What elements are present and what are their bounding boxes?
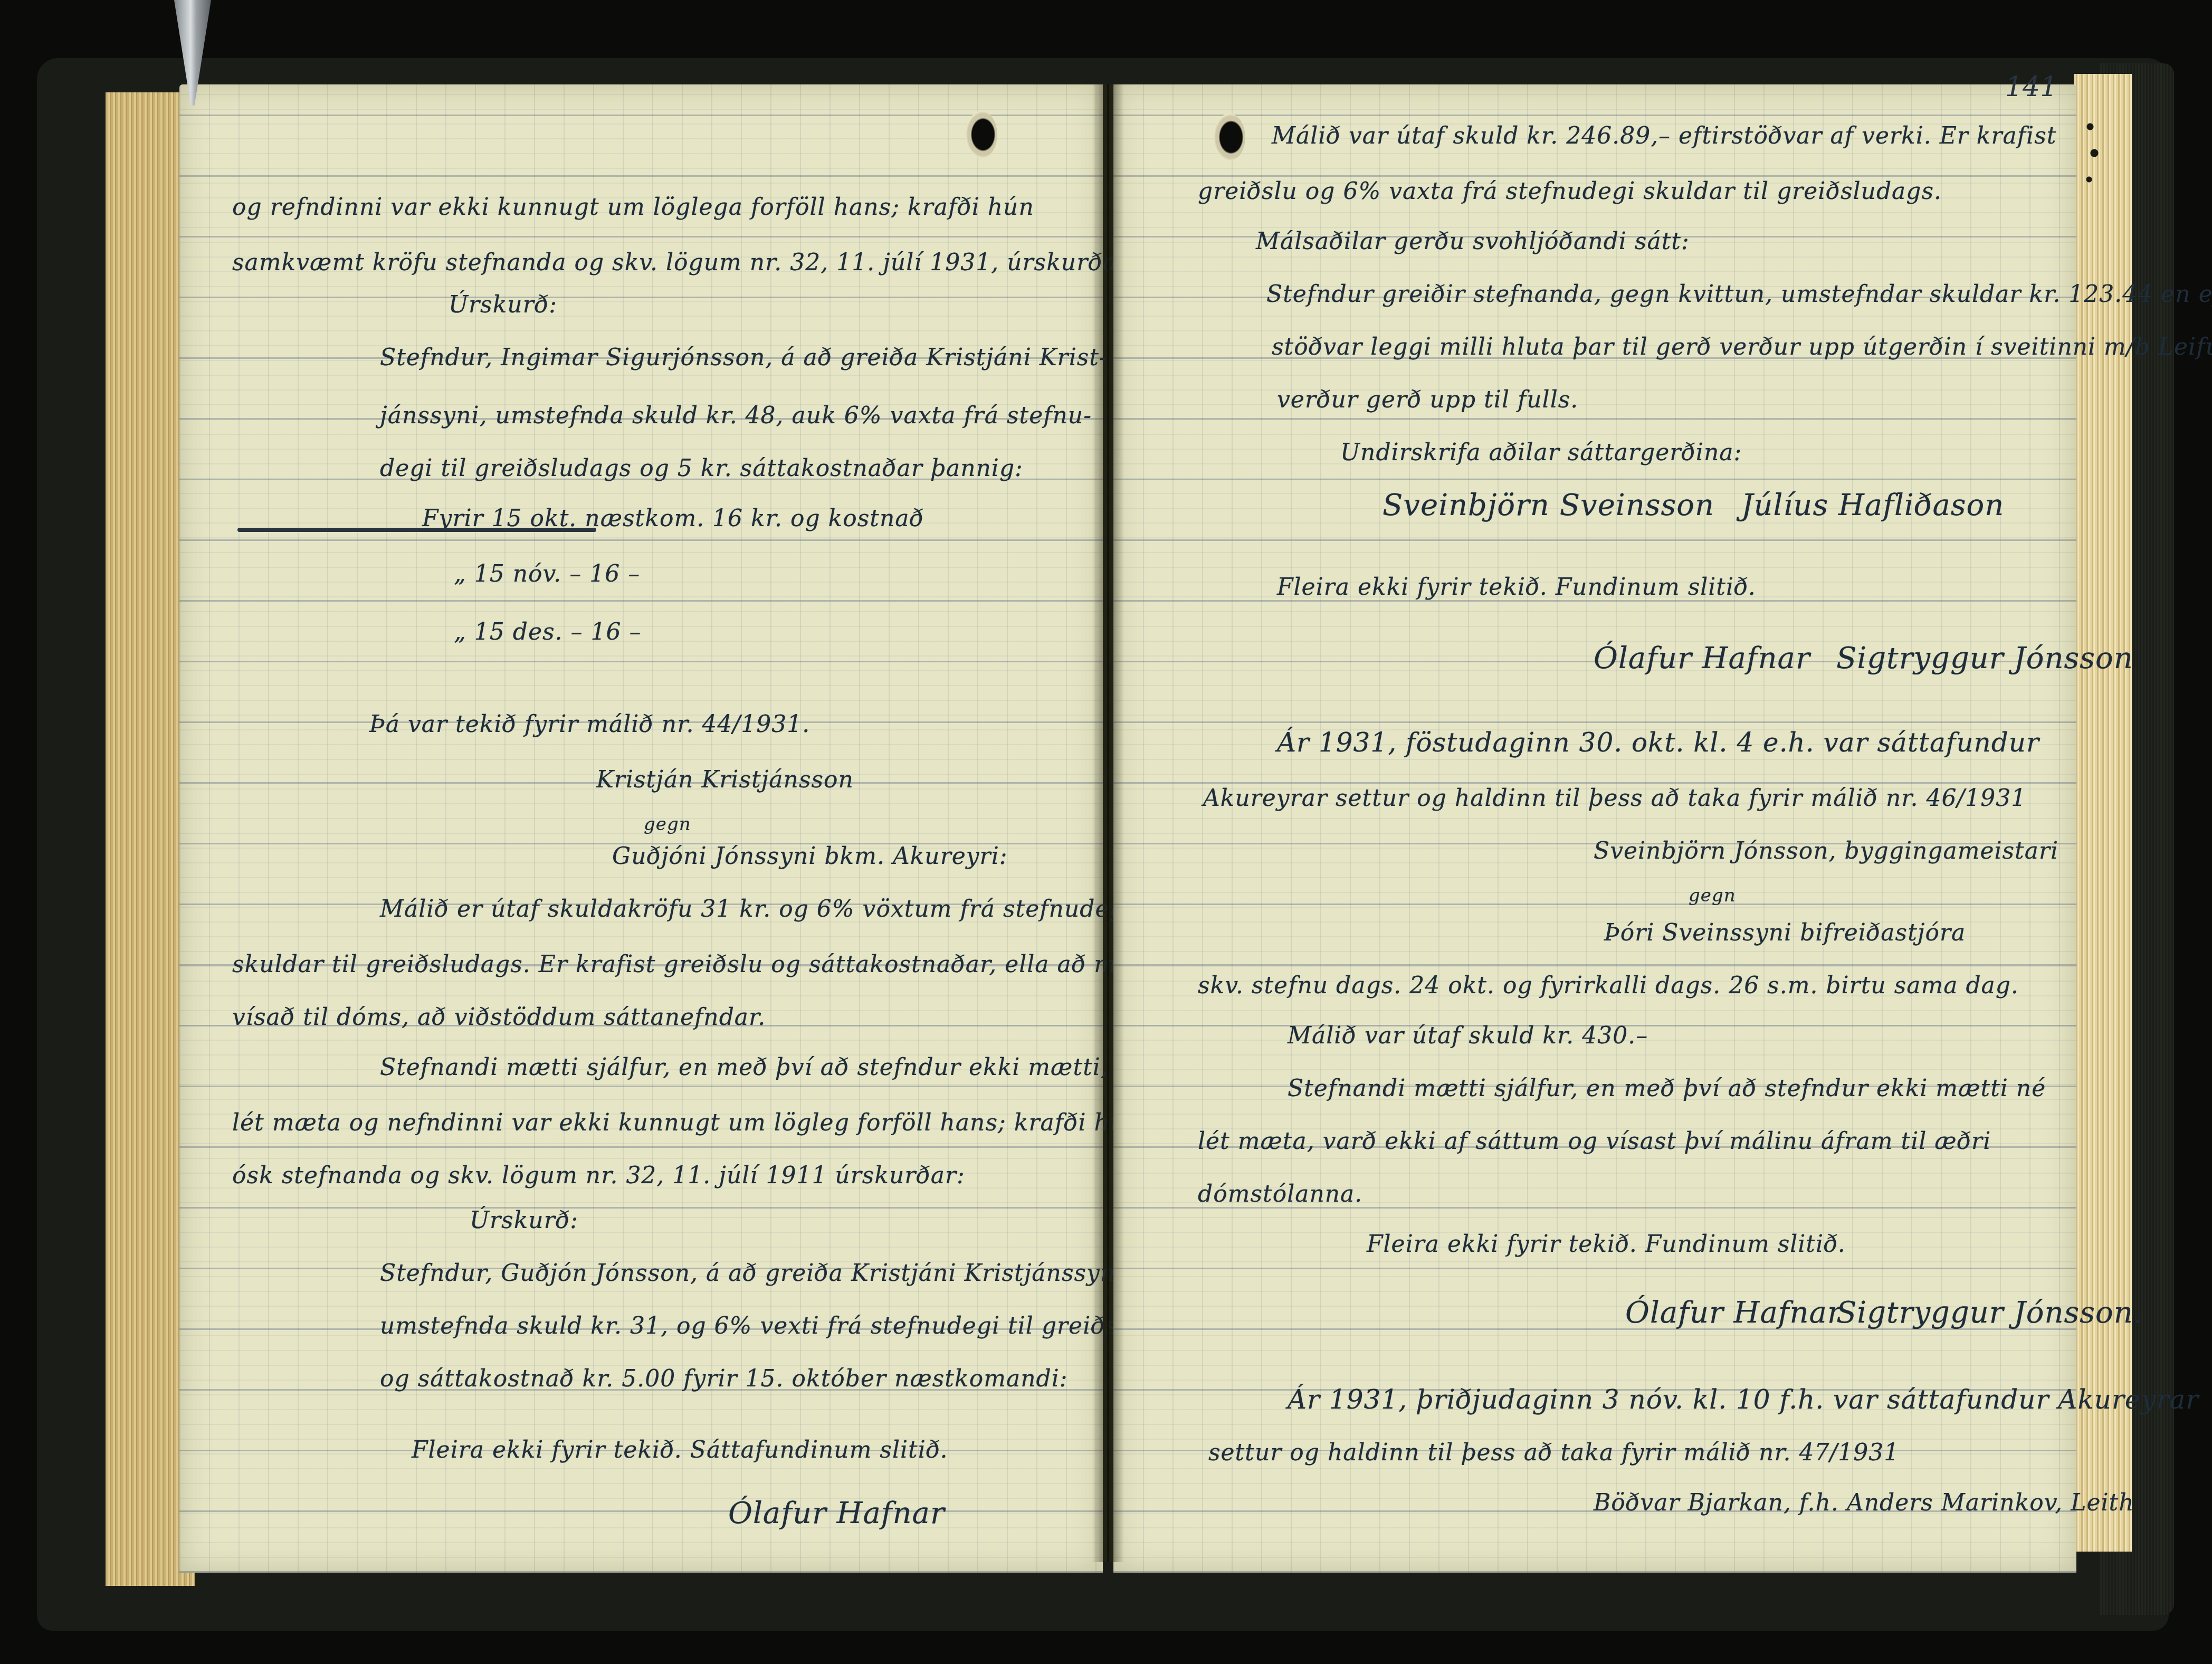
case-46-body-2: Málið var útaf skuld kr. 430.–: [1288, 1005, 1648, 1066]
case-44-body-2: skuldar til greiðsludags. Er krafist gre…: [232, 934, 1178, 995]
right-line-7: Undirskrifa aðilar sáttargerðina:: [1340, 422, 1742, 483]
case-44-heading: Þá var tekið fyrir málið nr. 44/1931.: [369, 694, 810, 755]
left-line-5: jánssyni, umstefnda skuld kr. 48, auk 6%…: [380, 385, 1092, 446]
left-line-2: samkvæmt kröfu stefnanda og skv. lögum n…: [232, 232, 1129, 293]
case-46-body-3: Stefnandi mætti sjálfur, en með því að s…: [1288, 1058, 2046, 1119]
case-44-body-8: Stefndur, Guðjón Jónsson, á að greiða Kr…: [380, 1243, 1123, 1304]
case-44-body-9: umstefnda skuld kr. 31, og 6% vexti frá …: [380, 1296, 1199, 1356]
case-44-defendant: Guðjóni Jónssyni bkm. Akureyri:: [612, 826, 1008, 887]
right-line-1: Málið var útaf skuld kr. 246.89,– eftirs…: [1272, 106, 2056, 166]
case-47-plaintiff: Böðvar Bjarkan, f.h. Anders Marinkov, Le…: [1594, 1472, 2134, 1533]
right-line-5: stöðvar leggi milli hluta þar til gerð v…: [1272, 317, 2212, 377]
right-signature-1b: Sigtryggur Jónsson: [1836, 628, 2133, 689]
case-46-signature-b: Sigtryggur Jónsson.: [1836, 1282, 2143, 1343]
page-number: 141: [2005, 71, 2057, 103]
left-line-8: „ 15 nóv. – 16 –: [454, 544, 640, 604]
right-closing-1: Fleira ekki fyrir tekið. Fundinum slitið…: [1277, 557, 1756, 617]
case-47-intro-1: Ár 1931, þriðjudaginn 3 nóv. kl. 10 f.h.…: [1288, 1370, 2199, 1430]
section-divider: [237, 528, 596, 532]
case-46-defendant: Þóri Sveinssyni bifreiðastjóra: [1604, 902, 1966, 963]
case-44-body-5: lét mæta og nefndinni var ekki kunnugt u…: [232, 1092, 1209, 1153]
case-44-body-4: Stefnandi mætti sjálfur, en með því að s…: [380, 1037, 1146, 1098]
party-signature-2: Júlíus Hafliðason: [1741, 475, 2004, 536]
left-line-1: og refndinni var ekki kunnugt um löglega…: [232, 177, 1034, 237]
case-44-signature: Ólafur Hafnar: [728, 1483, 945, 1544]
right-signature-1a: Ólafur Hafnar: [1594, 628, 1810, 689]
left-heading-urskurd: Úrskurð:: [449, 274, 557, 335]
case-46-intro-1: Ár 1931, föstudaginn 30. okt. kl. 4 e.h.…: [1277, 712, 2039, 773]
case-44-plaintiff: Kristján Kristjánsson: [596, 749, 854, 810]
case-46-body-4: lét mæta, varð ekki af sáttum og vísast …: [1198, 1111, 1991, 1172]
case-44-body-6: ósk stefnanda og skv. lögum nr. 32, 11. …: [232, 1145, 965, 1206]
case-46-signature-a: Ólafur Hafnar: [1625, 1282, 1842, 1343]
case-46-intro-2: Akureyrar settur og haldinn til þess að …: [1203, 768, 2026, 829]
case-44-body-1: Málið er útaf skuldakröfu 31 kr. og 6% v…: [380, 879, 1133, 939]
punch-hole-left: [966, 111, 997, 158]
case-46-body-5: dómstólanna.: [1198, 1164, 1362, 1224]
case-44-body-10: og sáttakostnað kr. 5.00 fyrir 15. októb…: [380, 1348, 1068, 1409]
case-44-urskurd: Úrskurð:: [470, 1190, 578, 1251]
case-44-closing: Fleira ekki fyrir tekið. Sáttafundinum s…: [412, 1420, 948, 1480]
right-line-6: verður gerð upp til fulls.: [1277, 369, 1578, 430]
ink-stains: [2082, 106, 2103, 211]
left-line-4: Stefndur, Ingimar Sigurjónsson, á að gre…: [380, 327, 1108, 388]
book-gutter: [1092, 84, 1124, 1562]
right-line-3: Málsaðilar gerðu svohljóðandi sátt:: [1256, 211, 1690, 272]
case-46-plaintiff: Sveinbjörn Jónsson, byggingameistari: [1594, 821, 2058, 881]
case-46-closing: Fleira ekki fyrir tekið. Fundinum slitið…: [1367, 1214, 1846, 1275]
right-line-4: Stefndur greiðir stefnanda, gegn kvittun…: [1266, 264, 2212, 325]
left-line-7: Fyrir 15 okt. næstkom. 16 kr. og kostnað: [422, 488, 924, 549]
left-line-9: „ 15 des. – 16 –: [454, 602, 641, 662]
punch-hole-right: [1214, 113, 1245, 161]
party-signature-1: Sveinbjörn Sveinsson: [1382, 475, 1714, 536]
